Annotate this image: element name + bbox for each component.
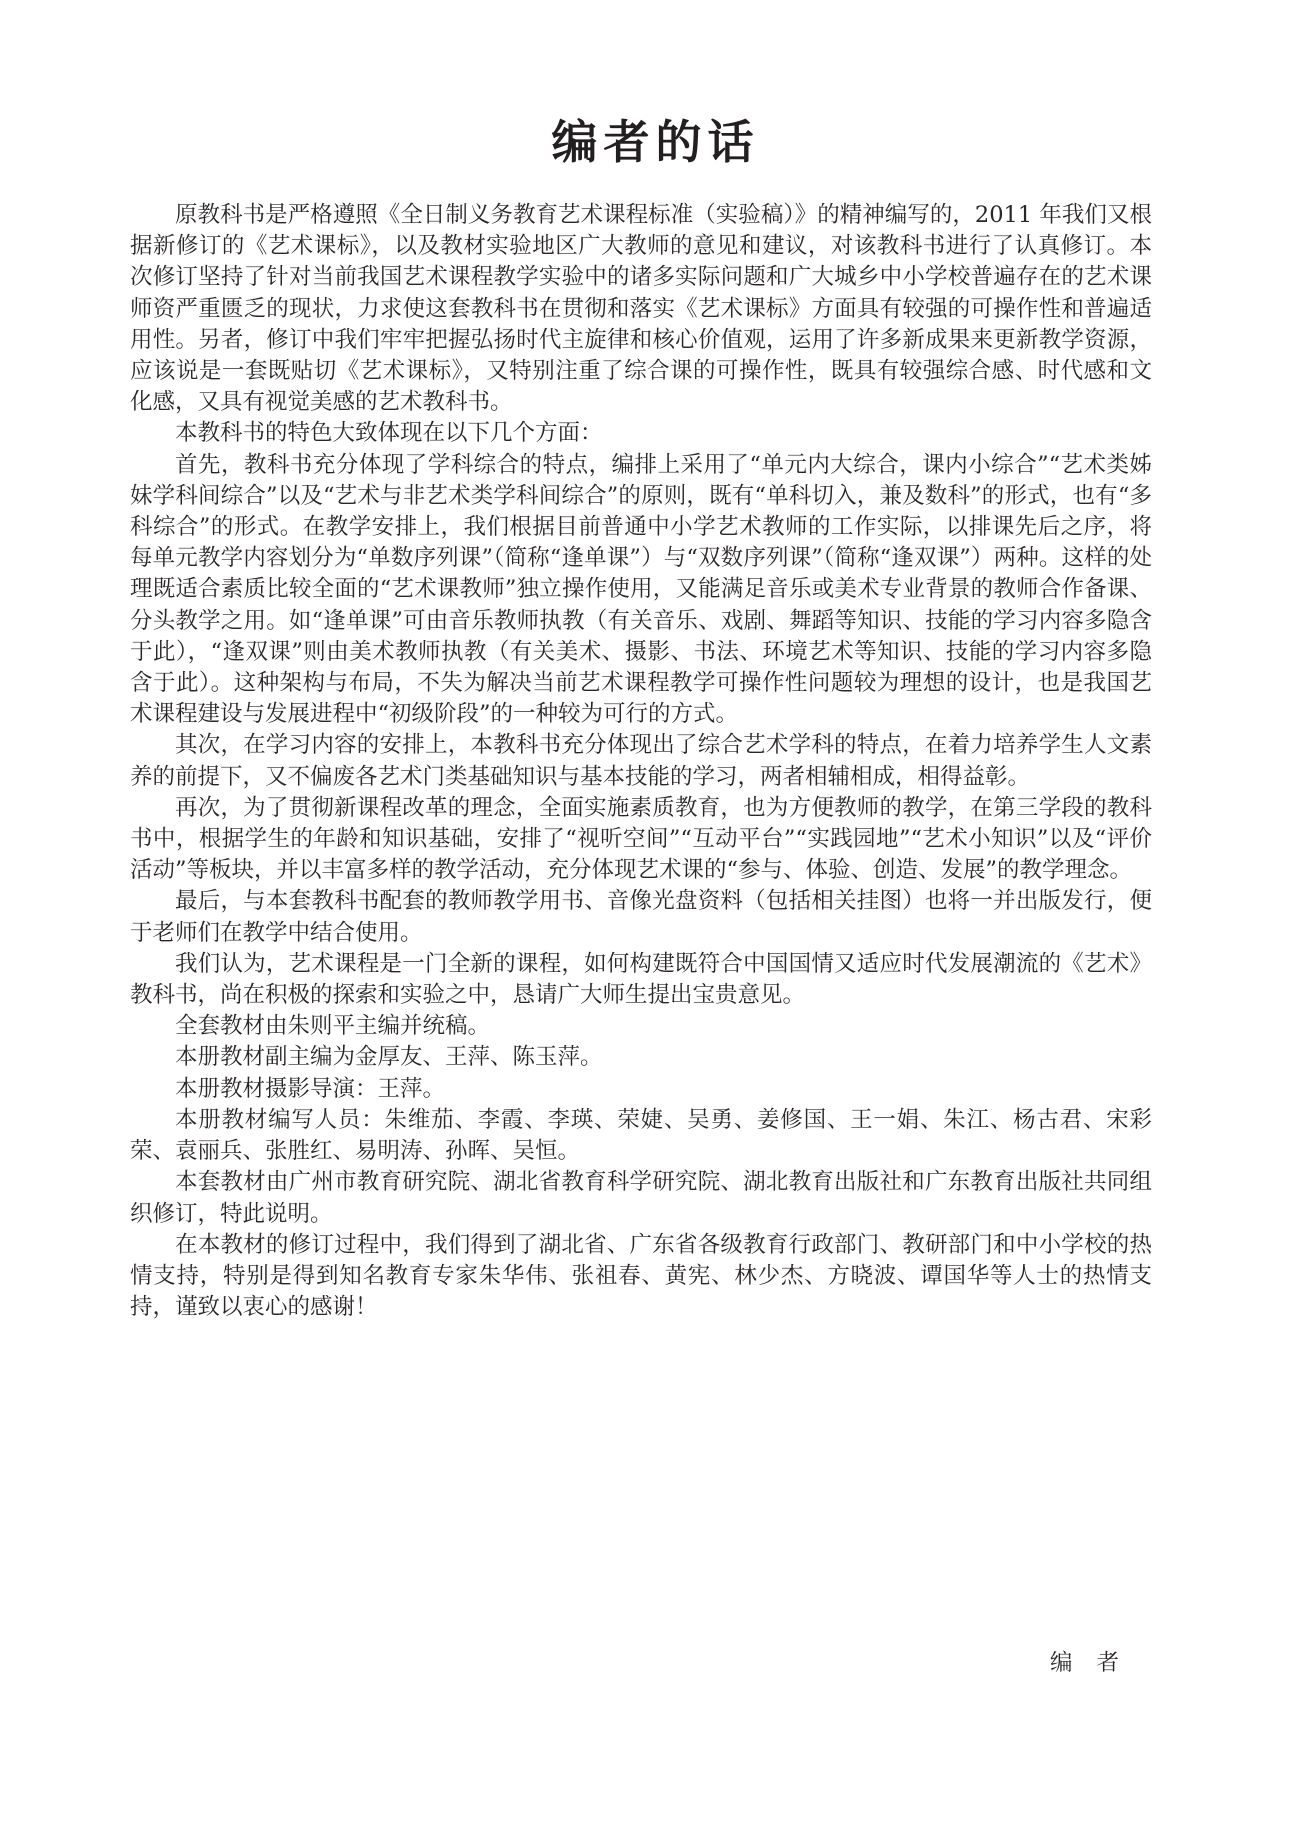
paragraph-writers: 本册教材编写人员：朱维茄、李霞、李瑛、荣婕、吴勇、姜修国、王一娟、朱江、杨古君、… (130, 1105, 1152, 1167)
paragraph-first: 首先，教科书充分体现了学科综合的特点，编排上采用了“单元内大综合，课内小综合”“… (130, 450, 1152, 731)
paragraph-opinion: 我们认为，艺术课程是一门全新的课程，如何构建既符合中国国情又适应时代发展潮流的《… (130, 949, 1152, 1011)
paragraph-deputy-editors: 本册教材副主编为金厚友、王萍、陈玉萍。 (130, 1042, 1152, 1073)
document-page: 编者的话 原教科书是严格遵照《全日制义务教育艺术课程标准（实验稿）》的精神编写的… (0, 0, 1311, 1842)
paragraph-third: 再次，为了贯彻新课程改革的理念，全面实施素质教育，也为方便教师的教学，在第三学段… (130, 793, 1152, 887)
paragraph-finally: 最后，与本套教科书配套的教师教学用书、音像光盘资料（包括相关挂图）也将一并出版发… (130, 886, 1152, 948)
paragraph-acknowledgements: 在本教材的修订过程中，我们得到了湖北省、广东省各级教育行政部门、教研部门和中小学… (130, 1230, 1152, 1324)
paragraph-chief-editor: 全套教材由朱则平主编并统稿。 (130, 1011, 1152, 1042)
page-title: 编者的话 (0, 112, 1311, 172)
paragraph-second: 其次，在学习内容的安排上，本教科书充分体现出了综合艺术学科的特点，在着力培养学生… (130, 730, 1152, 792)
signature: 编者 (1050, 1648, 1143, 1679)
paragraph-features-lead: 本教科书的特色大致体现在以下几个方面： (130, 418, 1152, 449)
body-text: 原教科书是严格遵照《全日制义务教育艺术课程标准（实验稿）》的精神编写的，2011… (130, 200, 1152, 1323)
paragraph-photography: 本册教材摄影导演：王萍。 (130, 1074, 1152, 1105)
paragraph-organizers: 本套教材由广州市教育研究院、湖北省教育科学研究院、湖北教育出版社和广东教育出版社… (130, 1167, 1152, 1229)
paragraph-intro: 原教科书是严格遵照《全日制义务教育艺术课程标准（实验稿）》的精神编写的，2011… (130, 200, 1152, 418)
